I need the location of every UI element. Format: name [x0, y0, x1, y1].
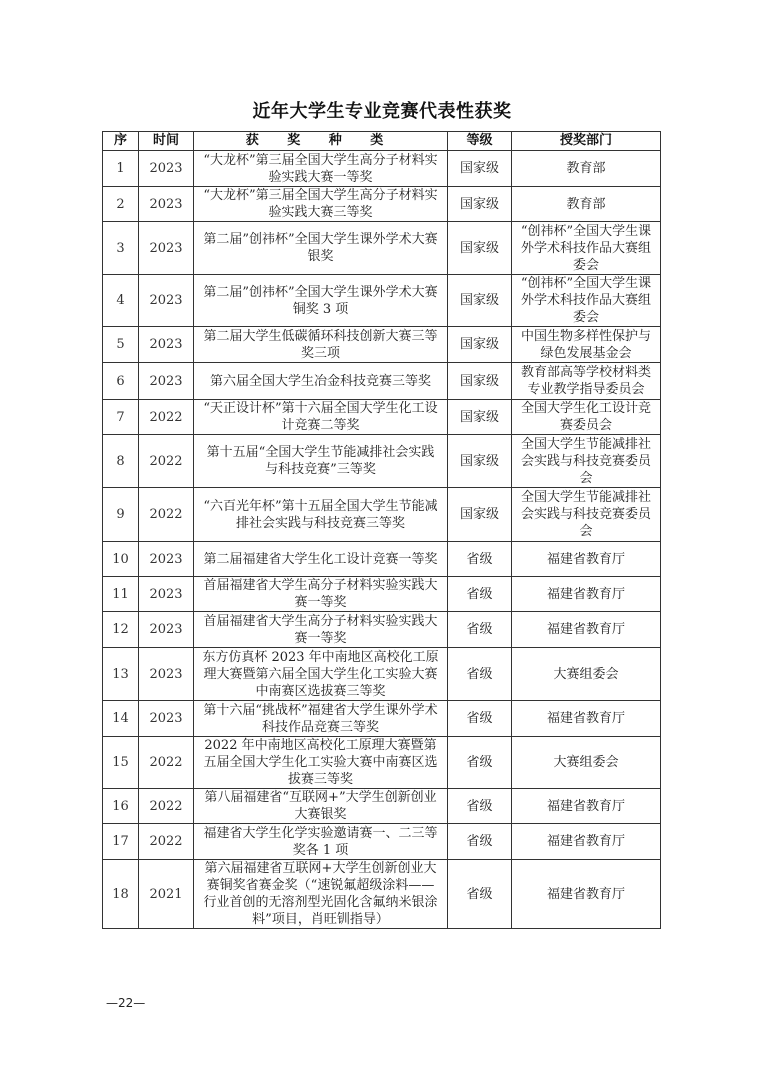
column-header-year: 时间 [139, 132, 194, 151]
cell-level: 国家级 [448, 187, 512, 222]
cell-level: 省级 [448, 789, 512, 824]
cell-department: 教育部 [512, 187, 661, 222]
awards-table: 序 时间 获 奖 种 类 等级 授奖部门 12023“大龙杯”第三届全国大学生高… [102, 131, 661, 929]
cell-department: 福建省教育厅 [512, 577, 661, 612]
cell-level: 省级 [448, 612, 512, 648]
cell-year: 2023 [139, 222, 194, 275]
cell-award: 第二届”创祎杯”全国大学生课外学术大赛铜奖 3 项 [194, 275, 448, 327]
cell-award: “六百光年杯”第十五届全国大学生节能减排社会实践与科技竞赛三等奖 [194, 488, 448, 542]
cell-level: 国家级 [448, 435, 512, 488]
cell-year: 2023 [139, 187, 194, 222]
cell-level: 国家级 [448, 488, 512, 542]
cell-level: 国家级 [448, 327, 512, 363]
cell-department: 全国大学生化工设计竞赛委员会 [512, 400, 661, 435]
column-header-no: 序 [103, 132, 139, 151]
table-header-row: 序 时间 获 奖 种 类 等级 授奖部门 [103, 132, 661, 151]
cell-award: 第十六届“挑战杯”福建省大学生课外学术科技作品竞赛三等奖 [194, 701, 448, 737]
cell-department: 教育部高等学校材料类专业教学指导委员会 [512, 363, 661, 400]
cell-no: 16 [103, 789, 139, 824]
table-row: 182021第六届福建省互联网+大学生创新创业大赛铜奖省赛金奖（“速锐氟超级涂料… [103, 860, 661, 929]
cell-level: 国家级 [448, 275, 512, 327]
cell-no: 13 [103, 648, 139, 701]
cell-year: 2023 [139, 577, 194, 612]
cell-year: 2021 [139, 860, 194, 929]
cell-level: 国家级 [448, 400, 512, 435]
cell-department: 教育部 [512, 151, 661, 187]
cell-award: 第六届全国大学生冶金科技竞赛三等奖 [194, 363, 448, 400]
cell-year: 2023 [139, 701, 194, 737]
cell-award: 第六届福建省互联网+大学生创新创业大赛铜奖省赛金奖（“速锐氟超级涂料——行业首创… [194, 860, 448, 929]
cell-no: 4 [103, 275, 139, 327]
cell-no: 2 [103, 187, 139, 222]
cell-department: 福建省教育厅 [512, 860, 661, 929]
column-header-department: 授奖部门 [512, 132, 661, 151]
table-row: 1520222022 年中南地区高校化工原理大赛暨第五届全国大学生化工实验大赛中… [103, 737, 661, 789]
cell-no: 14 [103, 701, 139, 737]
table-row: 62023第六届全国大学生冶金科技竞赛三等奖国家级教育部高等学校材料类专业教学指… [103, 363, 661, 400]
table-row: 132023东方仿真杯 2023 年中南地区高校化工原理大赛暨第六届全国大学生化… [103, 648, 661, 701]
cell-level: 国家级 [448, 222, 512, 275]
cell-year: 2022 [139, 488, 194, 542]
cell-department: 全国大学生节能减排社会实践与科技竞赛委员会 [512, 435, 661, 488]
cell-level: 国家级 [448, 363, 512, 400]
cell-year: 2022 [139, 789, 194, 824]
cell-year: 2023 [139, 275, 194, 327]
cell-no: 11 [103, 577, 139, 612]
cell-department: 福建省教育厅 [512, 824, 661, 860]
cell-department: 中国生物多样性保护与绿色发展基金会 [512, 327, 661, 363]
cell-award: “大龙杯”第三届全国大学生高分子材料实验实践大赛一等奖 [194, 151, 448, 187]
table-row: 82022第十五届“全国大学生节能减排社会实践与科技竞赛”三等奖国家级全国大学生… [103, 435, 661, 488]
cell-department: 福建省教育厅 [512, 612, 661, 648]
cell-award: 第二届福建省大学生化工设计竞赛一等奖 [194, 542, 448, 577]
cell-no: 1 [103, 151, 139, 187]
cell-year: 2023 [139, 151, 194, 187]
cell-no: 17 [103, 824, 139, 860]
cell-department: 大赛组委会 [512, 648, 661, 701]
cell-level: 省级 [448, 860, 512, 929]
table-row: 12023“大龙杯”第三届全国大学生高分子材料实验实践大赛一等奖国家级教育部 [103, 151, 661, 187]
cell-no: 9 [103, 488, 139, 542]
cell-year: 2023 [139, 363, 194, 400]
cell-award: 2022 年中南地区高校化工原理大赛暨第五届全国大学生化工实验大赛中南赛区选拔赛… [194, 737, 448, 789]
cell-level: 省级 [448, 577, 512, 612]
table-row: 162022第八届福建省“互联网+”大学生创新创业大赛银奖省级福建省教育厅 [103, 789, 661, 824]
cell-level: 省级 [448, 701, 512, 737]
cell-award: 首届福建省大学生高分子材料实验实践大赛一等奖 [194, 612, 448, 648]
cell-department: 福建省教育厅 [512, 789, 661, 824]
table-row: 22023“大龙杯”第三届全国大学生高分子材料实验实践大赛三等奖国家级教育部 [103, 187, 661, 222]
cell-level: 国家级 [448, 151, 512, 187]
cell-level: 省级 [448, 648, 512, 701]
cell-department: “创祎杯”全国大学生课外学术科技作品大赛组委会 [512, 222, 661, 275]
cell-award: 首届福建省大学生高分子材料实验实践大赛一等奖 [194, 577, 448, 612]
table-row: 172022福建省大学生化学实验邀请赛一、二三等奖各 1 项省级福建省教育厅 [103, 824, 661, 860]
table-row: 42023第二届”创祎杯”全国大学生课外学术大赛铜奖 3 项国家级“创祎杯”全国… [103, 275, 661, 327]
cell-no: 18 [103, 860, 139, 929]
cell-award: “大龙杯”第三届全国大学生高分子材料实验实践大赛三等奖 [194, 187, 448, 222]
cell-year: 2022 [139, 737, 194, 789]
cell-year: 2022 [139, 824, 194, 860]
table-row: 72022“天正设计杯”第十六届全国大学生化工设计竞赛二等奖国家级全国大学生化工… [103, 400, 661, 435]
cell-award: “天正设计杯”第十六届全国大学生化工设计竞赛二等奖 [194, 400, 448, 435]
column-header-level: 等级 [448, 132, 512, 151]
cell-level: 省级 [448, 737, 512, 789]
table-row: 32023第二届”创祎杯”全国大学生课外学术大赛银奖国家级“创祎杯”全国大学生课… [103, 222, 661, 275]
cell-award: 福建省大学生化学实验邀请赛一、二三等奖各 1 项 [194, 824, 448, 860]
cell-no: 10 [103, 542, 139, 577]
cell-year: 2022 [139, 435, 194, 488]
column-header-award: 获 奖 种 类 [194, 132, 448, 151]
cell-department: “创祎杯”全国大学生课外学术科技作品大赛组委会 [512, 275, 661, 327]
cell-award: 第二届”创祎杯”全国大学生课外学术大赛银奖 [194, 222, 448, 275]
cell-no: 15 [103, 737, 139, 789]
table-row: 112023首届福建省大学生高分子材料实验实践大赛一等奖省级福建省教育厅 [103, 577, 661, 612]
cell-award: 第十五届“全国大学生节能减排社会实践与科技竞赛”三等奖 [194, 435, 448, 488]
table-row: 52023第二届大学生低碳循环科技创新大赛三等奖三项国家级中国生物多样性保护与绿… [103, 327, 661, 363]
cell-no: 12 [103, 612, 139, 648]
cell-year: 2023 [139, 612, 194, 648]
table-row: 142023第十六届“挑战杯”福建省大学生课外学术科技作品竞赛三等奖省级福建省教… [103, 701, 661, 737]
cell-year: 2023 [139, 327, 194, 363]
cell-award: 第二届大学生低碳循环科技创新大赛三等奖三项 [194, 327, 448, 363]
cell-department: 大赛组委会 [512, 737, 661, 789]
table-row: 122023首届福建省大学生高分子材料实验实践大赛一等奖省级福建省教育厅 [103, 612, 661, 648]
cell-year: 2022 [139, 400, 194, 435]
table-row: 92022“六百光年杯”第十五届全国大学生节能减排社会实践与科技竞赛三等奖国家级… [103, 488, 661, 542]
page-number: —22— [106, 996, 145, 1010]
cell-department: 福建省教育厅 [512, 542, 661, 577]
cell-no: 7 [103, 400, 139, 435]
cell-no: 8 [103, 435, 139, 488]
page-title: 近年大学生专业竞赛代表性获奖 [0, 100, 764, 124]
cell-year: 2023 [139, 542, 194, 577]
cell-department: 福建省教育厅 [512, 701, 661, 737]
cell-award: 第八届福建省“互联网+”大学生创新创业大赛银奖 [194, 789, 448, 824]
cell-level: 省级 [448, 824, 512, 860]
table-row: 102023第二届福建省大学生化工设计竞赛一等奖省级福建省教育厅 [103, 542, 661, 577]
cell-no: 6 [103, 363, 139, 400]
cell-department: 全国大学生节能减排社会实践与科技竞赛委员会 [512, 488, 661, 542]
cell-award: 东方仿真杯 2023 年中南地区高校化工原理大赛暨第六届全国大学生化工实验大赛中… [194, 648, 448, 701]
cell-no: 5 [103, 327, 139, 363]
cell-level: 省级 [448, 542, 512, 577]
cell-year: 2023 [139, 648, 194, 701]
cell-no: 3 [103, 222, 139, 275]
